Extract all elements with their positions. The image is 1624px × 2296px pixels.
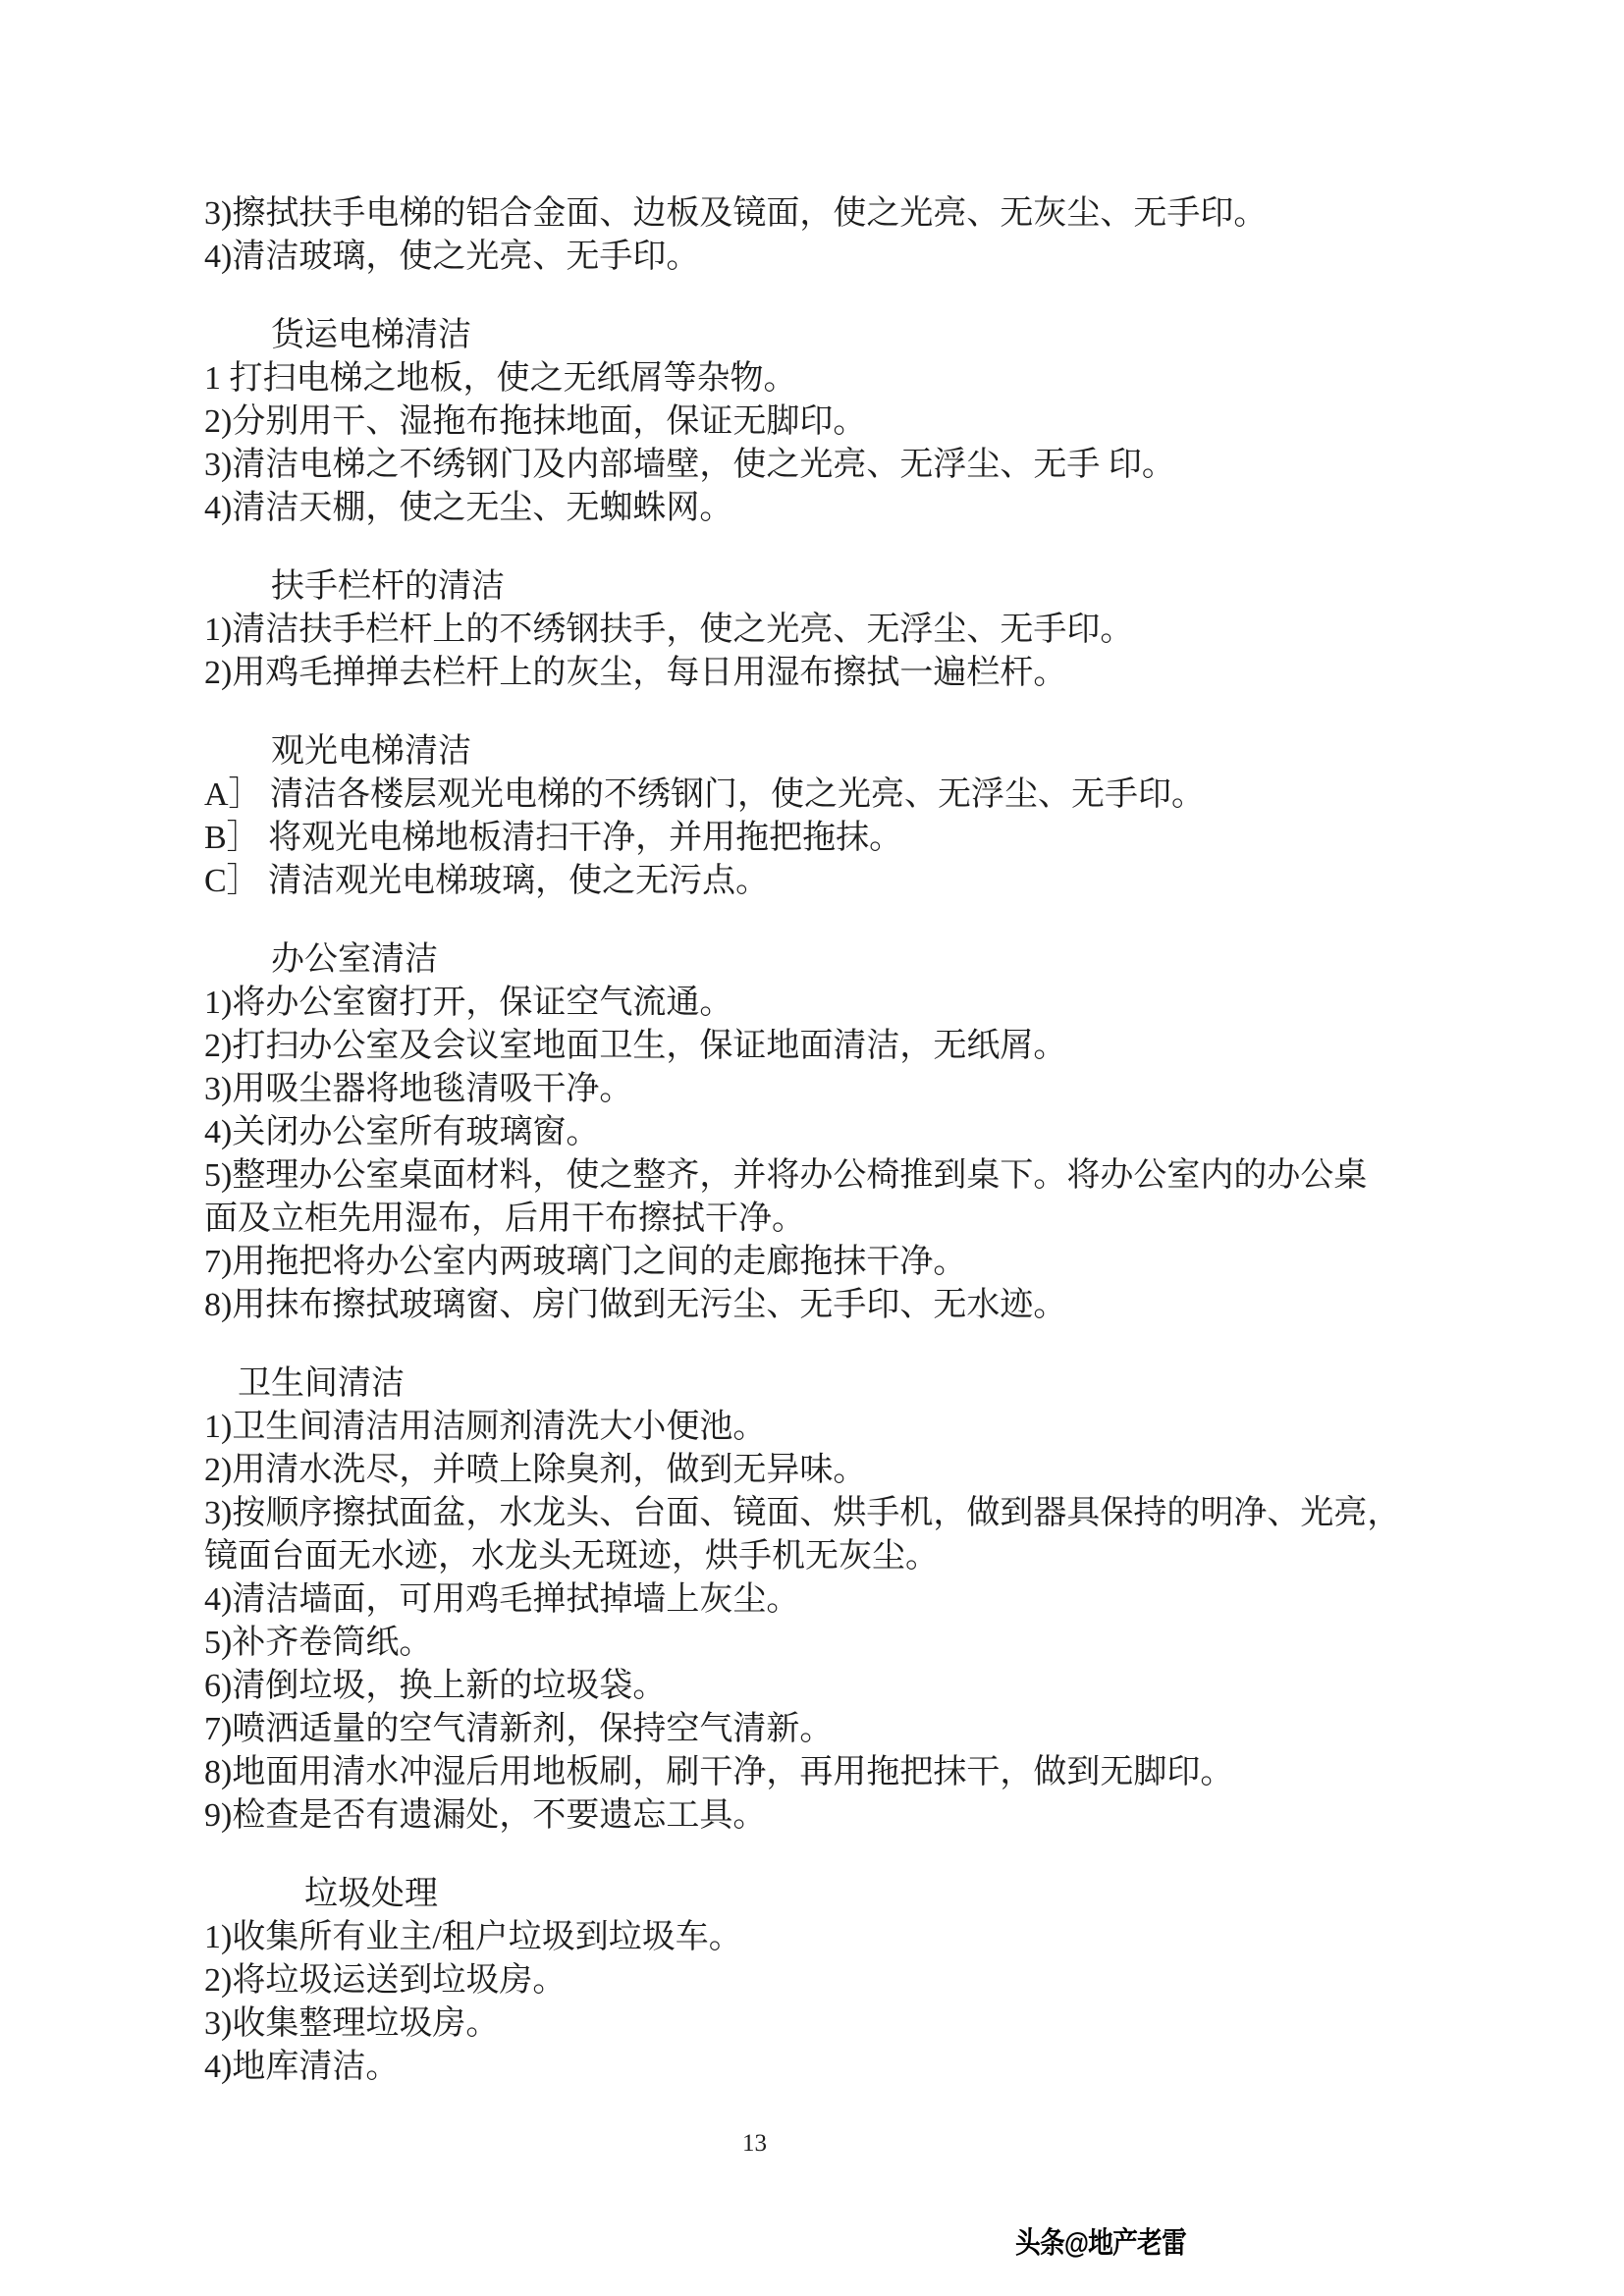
paragraph-line: 3)用吸尘器将地毯清吸干净。 xyxy=(204,1068,1481,1111)
paragraph-line: 面及立柜先用湿布，后用干布擦拭干净。 xyxy=(204,1198,1481,1241)
paragraph-line: 5)补齐卷筒纸。 xyxy=(204,1622,1481,1665)
paragraph-line: 4)关闭办公室所有玻璃窗。 xyxy=(204,1111,1481,1154)
paragraph-line: C］ 清洁观光电梯玻璃，使之无污点。 xyxy=(204,860,1481,903)
paragraph-line: 8)用抹布擦拭玻璃窗、房门做到无污尘、无手印、无水迹。 xyxy=(204,1284,1481,1327)
section-heading: 卫生间清洁 xyxy=(204,1362,1481,1406)
paragraph-line: A］ 清洁各楼层观光电梯的不绣钢门，使之光亮、无浮尘、无手印。 xyxy=(204,774,1481,817)
section-heading: 货运电梯清洁 xyxy=(204,314,1481,357)
paragraph-line: 8)地面用清水冲湿后用地板刷，刷干净，再用拖把抹干，做到无脚印。 xyxy=(204,1751,1481,1794)
document-section: 观光电梯清洁A］ 清洁各楼层观光电梯的不绣钢门，使之光亮、无浮尘、无手印。B］ … xyxy=(204,730,1481,903)
paragraph-line: 2)用鸡毛掸掸去栏杆上的灰尘，每日用湿布擦拭一遍栏杆。 xyxy=(204,652,1481,695)
paragraph-line: 7)用拖把将办公室内两玻璃门之间的走廊拖抹干净。 xyxy=(204,1241,1481,1284)
paragraph-line: 9)检查是否有遗漏处，不要遗忘工具。 xyxy=(204,1794,1481,1838)
paragraph-line: 1)收集所有业主/租户垃圾到垃圾车。 xyxy=(204,1916,1481,1959)
document-page: 3)擦拭扶手电梯的铝合金面、边板及镜面，使之光亮、无灰尘、无手印。4)清洁玻璃，… xyxy=(0,0,1624,2296)
section-heading: 垃圾处理 xyxy=(204,1873,1481,1916)
document-section: 办公室清洁1)将办公室窗打开，保证空气流通。2)打扫办公室及会议室地面卫生，保证… xyxy=(204,938,1481,1327)
section-heading: 办公室清洁 xyxy=(204,938,1481,982)
paragraph-line: 4)清洁墙面，可用鸡毛掸拭掉墙上灰尘。 xyxy=(204,1578,1481,1622)
paragraph-line: 4)清洁玻璃，使之光亮、无手印。 xyxy=(204,236,1481,279)
watermark: 头条@地产老雷 xyxy=(1015,2218,1186,2262)
document-section: 3)擦拭扶手电梯的铝合金面、边板及镜面，使之光亮、无灰尘、无手印。4)清洁玻璃，… xyxy=(204,192,1481,279)
paragraph-line: 1)清洁扶手栏杆上的不绣钢扶手，使之光亮、无浮尘、无手印。 xyxy=(204,609,1481,652)
paragraph-line: 4)清洁天棚，使之无尘、无蜘蛛网。 xyxy=(204,487,1481,530)
paragraph-line: 6)清倒垃圾，换上新的垃圾袋。 xyxy=(204,1665,1481,1708)
paragraph-line: 1)卫生间清洁用洁厕剂清洗大小便池。 xyxy=(204,1406,1481,1449)
document-section: 货运电梯清洁1 打扫电梯之地板，使之无纸屑等杂物。2)分别用干、湿拖布拖抹地面，… xyxy=(204,314,1481,530)
document-section: 垃圾处理1)收集所有业主/租户垃圾到垃圾车。2)将垃圾运送到垃圾房。3)收集整理… xyxy=(204,1873,1481,2089)
section-heading: 扶手栏杆的清洁 xyxy=(204,565,1481,609)
document-section: 卫生间清洁1)卫生间清洁用洁厕剂清洗大小便池。2)用清水洗尽，并喷上除臭剂，做到… xyxy=(204,1362,1481,1838)
paragraph-line: 3)擦拭扶手电梯的铝合金面、边板及镜面，使之光亮、无灰尘、无手印。 xyxy=(204,192,1481,236)
page-number: 13 xyxy=(742,2130,767,2158)
paragraph-line: 4)地库清洁。 xyxy=(204,2046,1481,2089)
paragraph-line: 1)将办公室窗打开，保证空气流通。 xyxy=(204,982,1481,1025)
paragraph-line: 2)分别用干、湿拖布拖抹地面，保证无脚印。 xyxy=(204,400,1481,444)
paragraph-line: 3)按顺序擦拭面盆，水龙头、台面、镜面、烘手机，做到器具保持的明净、光亮， xyxy=(204,1492,1481,1535)
document-content: 3)擦拭扶手电梯的铝合金面、边板及镜面，使之光亮、无灰尘、无手印。4)清洁玻璃，… xyxy=(204,192,1481,2089)
paragraph-line: 2)打扫办公室及会议室地面卫生，保证地面清洁，无纸屑。 xyxy=(204,1025,1481,1068)
paragraph-line: 3)清洁电梯之不绣钢门及内部墙壁，使之光亮、无浮尘、无手 印。 xyxy=(204,444,1481,487)
document-section: 扶手栏杆的清洁1)清洁扶手栏杆上的不绣钢扶手，使之光亮、无浮尘、无手印。2)用鸡… xyxy=(204,565,1481,695)
paragraph-line: 2)用清水洗尽，并喷上除臭剂，做到无异味。 xyxy=(204,1449,1481,1492)
paragraph-line: 1 打扫电梯之地板，使之无纸屑等杂物。 xyxy=(204,357,1481,400)
section-heading: 观光电梯清洁 xyxy=(204,730,1481,774)
paragraph-line: 3)收集整理垃圾房。 xyxy=(204,2002,1481,2046)
paragraph-line: 5)整理办公室桌面材料，使之整齐，并将办公椅推到桌下。将办公室内的办公桌 xyxy=(204,1154,1481,1198)
paragraph-line: 2)将垃圾运送到垃圾房。 xyxy=(204,1959,1481,2002)
paragraph-line: 7)喷洒适量的空气清新剂，保持空气清新。 xyxy=(204,1708,1481,1751)
paragraph-line: 镜面台面无水迹，水龙头无斑迹，烘手机无灰尘。 xyxy=(204,1535,1481,1578)
paragraph-line: B］ 将观光电梯地板清扫干净，并用拖把拖抹。 xyxy=(204,817,1481,860)
